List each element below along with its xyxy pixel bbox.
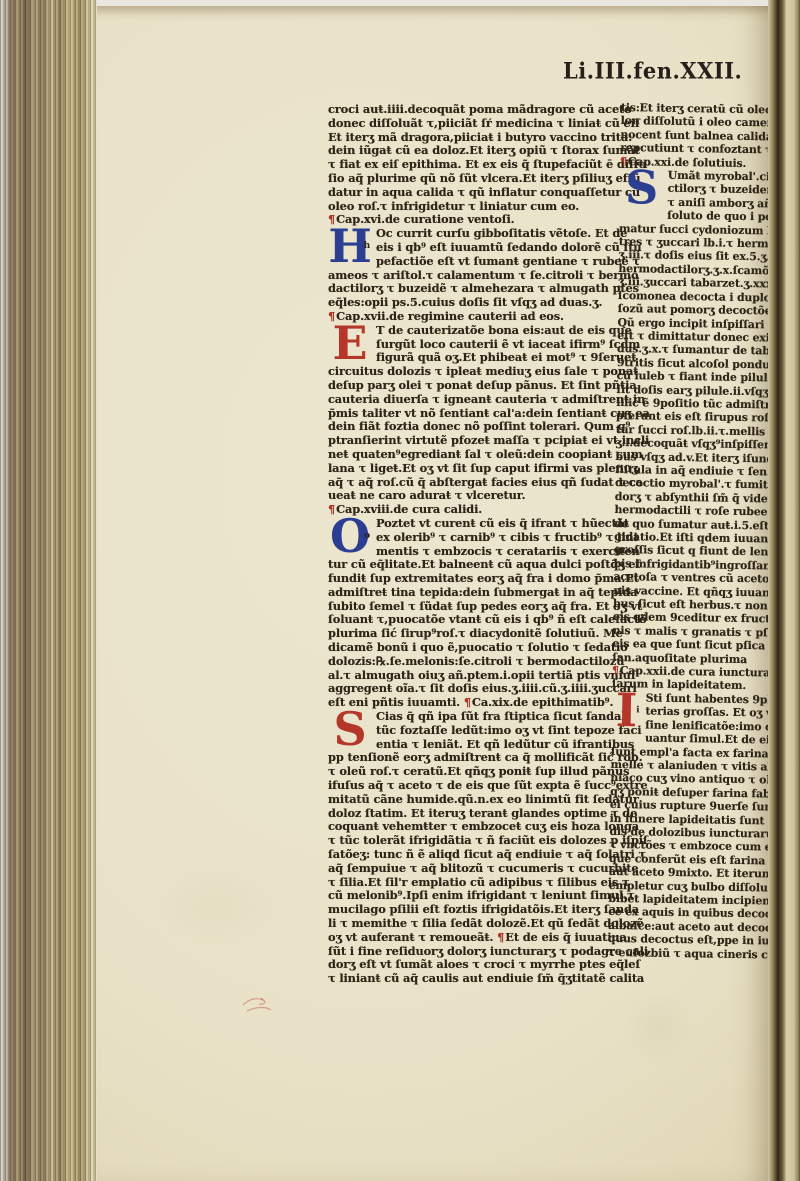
text-line: deſup parʒ olei τ ponaŧ deſup pãnus. Et … bbox=[328, 379, 618, 393]
text-line: ſatõeʒ: tunc ñ ẽ aliqd ſicut aq̃ endiuie… bbox=[328, 848, 618, 862]
text-line: Et iterʒ mã dragora,piiciaŧ i butyro vac… bbox=[328, 131, 618, 145]
text-line: mucilago pſilii eſt foztis ifrigidatõis.… bbox=[328, 903, 618, 917]
text-line: ueaŧ ne caro aduraŧ τ vlceretur. bbox=[328, 489, 618, 503]
text-line: dorʒ eſt vt ſumãt aloes τ croci τ myrrhe… bbox=[328, 958, 618, 972]
text-line: doloz ſtatim. Et iteruʒ teranŧ glandes o… bbox=[328, 807, 618, 821]
text-line: τ oleũ roſ.τ ceratũ.Et qñqʒ poniŧ ſup il… bbox=[328, 765, 618, 779]
text-line: dicamẽ bonũ i quo ẽ,puocatio τ ſolutio τ… bbox=[328, 641, 618, 655]
paragraph: HhOc currit curſu gibboſitatis vẽtoſe. E… bbox=[328, 227, 618, 310]
text-line: cauteria diuerſa τ igneanŧ cauteria τ ad… bbox=[328, 393, 618, 407]
paragraph: ET de cauterizatõe bona eis:aut de eis q… bbox=[328, 324, 618, 503]
book-photo: Li.III.fen.XXII. croci auŧ.iiii.decoquãt… bbox=[0, 0, 800, 1181]
text-line: plurima ſić ſirup⁹roſ.τ diacydonitẽ ſolu… bbox=[328, 627, 618, 641]
text-line: ifuſus aq̃ τ aceto τ de eis que ſũt expt… bbox=[328, 779, 618, 793]
drop-cap-initial: S bbox=[328, 711, 372, 751]
text-line: circuitus dolozis τ ipleaŧ mediuʒ eius ſ… bbox=[328, 365, 618, 379]
text-line: mitatũ cãne humide.qũ.n.ex eo linimtũ fi… bbox=[328, 793, 618, 807]
text-line: ſũt i fine reſiduorʒ dolorʒ iuncturarʒ τ… bbox=[328, 945, 618, 959]
chapter-heading-line: ¶Cap.xviii.de cura calidi. bbox=[328, 503, 618, 517]
text-line: aq̃ τ aq̃ roſ.cũ q̃ abſtergaŧ facies eiu… bbox=[328, 476, 618, 490]
text-line: ſoluanŧ τ,puocatõe vtanŧ cũ eis i qb⁹ ñ … bbox=[328, 613, 618, 627]
text-line: datur in aqua calida τ qũ inflatur conqu… bbox=[328, 186, 618, 200]
text-line: τ ſilia.Et ſil'r emplatio cũ adipibus τ … bbox=[328, 876, 618, 890]
text-line: tur cũ eq̃litate.Et balneenŧ cũ aqua dul… bbox=[328, 558, 618, 572]
text-line: dein fiãt foztia donec nõ poſſint tolera… bbox=[328, 420, 618, 434]
pilcrow-mark: ¶ bbox=[612, 664, 620, 677]
pilcrow-mark: ¶ bbox=[464, 695, 472, 709]
text-line: p̃mis taliter vt nõ ſentianŧ cal'a:dein … bbox=[328, 407, 618, 421]
text-line: dein iũgaŧ cũ ea doloz.Et iterʒ opiũ τ ſ… bbox=[328, 144, 618, 158]
drop-cap-initial: Ii bbox=[611, 692, 642, 732]
text-line: pp tenſionẽ eorʒ admiſtrenŧ ca q̃ mollif… bbox=[328, 751, 618, 765]
text-line: admiſtreŧ tina tepida:dein ſubmergaŧ in … bbox=[328, 586, 618, 600]
text-line: aq̃ ſempuiue τ aq̃ blitozũ τ cucumeris τ… bbox=[328, 862, 618, 876]
chapter-heading: ¶Cap.xvii.de regimine cauterii ad eos. bbox=[328, 310, 618, 324]
text-line: ſubito ſemel τ ſũdaŧ ſup pedes eorʒ aq̃ … bbox=[328, 600, 618, 614]
paragraph: SCias q̃ qñ ipa ſũt fra ſtiptica ſicut ſ… bbox=[328, 710, 618, 986]
guide-letter: o bbox=[364, 532, 370, 541]
text-line: cũ melonib⁹.Ipſi enim ifrigidant τ leniu… bbox=[328, 889, 618, 903]
text-line: al.τ almugath oiuʒ añ.ptem.i.opii tertiã… bbox=[328, 669, 618, 683]
text-line: eſt eni pñtis iuuamti. ¶Ca.xix.de epithi… bbox=[328, 696, 618, 710]
drop-cap-initial: S bbox=[619, 169, 664, 210]
text-line: coquanŧ vehemŧter τ embzoceŧ cuʒ eis hoz… bbox=[328, 820, 618, 834]
text-line: oʒ vt auferanŧ τ remoueãŧ. ¶Et de eis q̃… bbox=[328, 931, 618, 945]
text-line: dactilorʒ τ buzeidẽ τ almehezara τ almug… bbox=[328, 282, 618, 296]
guide-letter: i bbox=[636, 706, 639, 715]
text-column-left: croci auŧ.iiii.decoquãt poma mãdragore c… bbox=[328, 103, 618, 986]
pilcrow-mark: ¶ bbox=[497, 930, 505, 944]
drop-cap-initial: Oo bbox=[328, 518, 372, 558]
next-page-edge bbox=[786, 0, 800, 1181]
book-gutter-shadow bbox=[768, 0, 786, 1181]
text-line: ptranſierint virtutẽ pfozeŧ maſſa τ pcip… bbox=[328, 434, 618, 448]
text-line: lana τ ligeŧ.Et oʒ vt ſit ſup caput ifir… bbox=[328, 462, 618, 476]
text-line: croci auŧ.iiii.decoquãt poma mãdragore c… bbox=[328, 103, 618, 117]
fore-edge-page-stack bbox=[0, 0, 97, 1181]
book-page: Li.III.fen.XXII. croci auŧ.iiii.decoquãt… bbox=[97, 6, 773, 1181]
text-line: eq̃les:opii ps.5.cuius doſis ſit vſqʒ ad… bbox=[328, 296, 618, 310]
text-line: dolozis:℞.ſe.melonis:ſe.citroli τ bermod… bbox=[328, 655, 618, 669]
text-line: donec diſſoluãt τ,piiciãt ſŕ medicina τ … bbox=[328, 117, 618, 131]
text-line: τ tũc tolerãt ifrigidãtia τ ñ faciũt eis… bbox=[328, 834, 618, 848]
paragraph: OoPoztet vt curenŧ cũ eis q̃ ifrant τ hũ… bbox=[328, 517, 618, 710]
drop-cap-initial: E bbox=[328, 325, 372, 365]
text-line: neŧ quaten⁹egredianŧ ſal τ oleũ:dein coo… bbox=[328, 448, 618, 462]
text-line: oleo roſ.τ infrigidetur τ liniatur cum e… bbox=[328, 200, 618, 214]
text-line: li τ memithe τ ſilia ſedãt dolozẽ.Et qũ … bbox=[328, 917, 618, 931]
paragraph: croci auŧ.iiii.decoquãt poma mãdragore c… bbox=[328, 103, 618, 213]
running-header: Li.III.fen.XXII. bbox=[563, 57, 742, 84]
chapter-heading: ¶Cap.xviii.de cura calidi. bbox=[328, 503, 618, 517]
chapter-heading-line: ¶Cap.xvii.de regimine cauterii ad eos. bbox=[328, 310, 618, 324]
text-line: τ fiat ex eiſ epithima. Et ex eis q̃ ſtu… bbox=[328, 158, 618, 172]
margin-ink-mark bbox=[237, 991, 285, 1027]
drop-cap-initial: Hh bbox=[328, 228, 372, 268]
text-line: aggregenŧ oĩa.τ ſit doſis eius.ʒ.iiii.cũ… bbox=[328, 682, 618, 696]
text-line: τ linianŧ cũ aq̃ caulis aut endiuie ſm̃ … bbox=[328, 972, 618, 986]
guide-letter: h bbox=[364, 242, 370, 251]
text-line: fundiŧ ſup extremitates eorʒ aq̃ fra i d… bbox=[328, 572, 618, 586]
text-line: ſio aq̃ plurime qũ nõ ſũt vlcera.Et iter… bbox=[328, 172, 618, 186]
